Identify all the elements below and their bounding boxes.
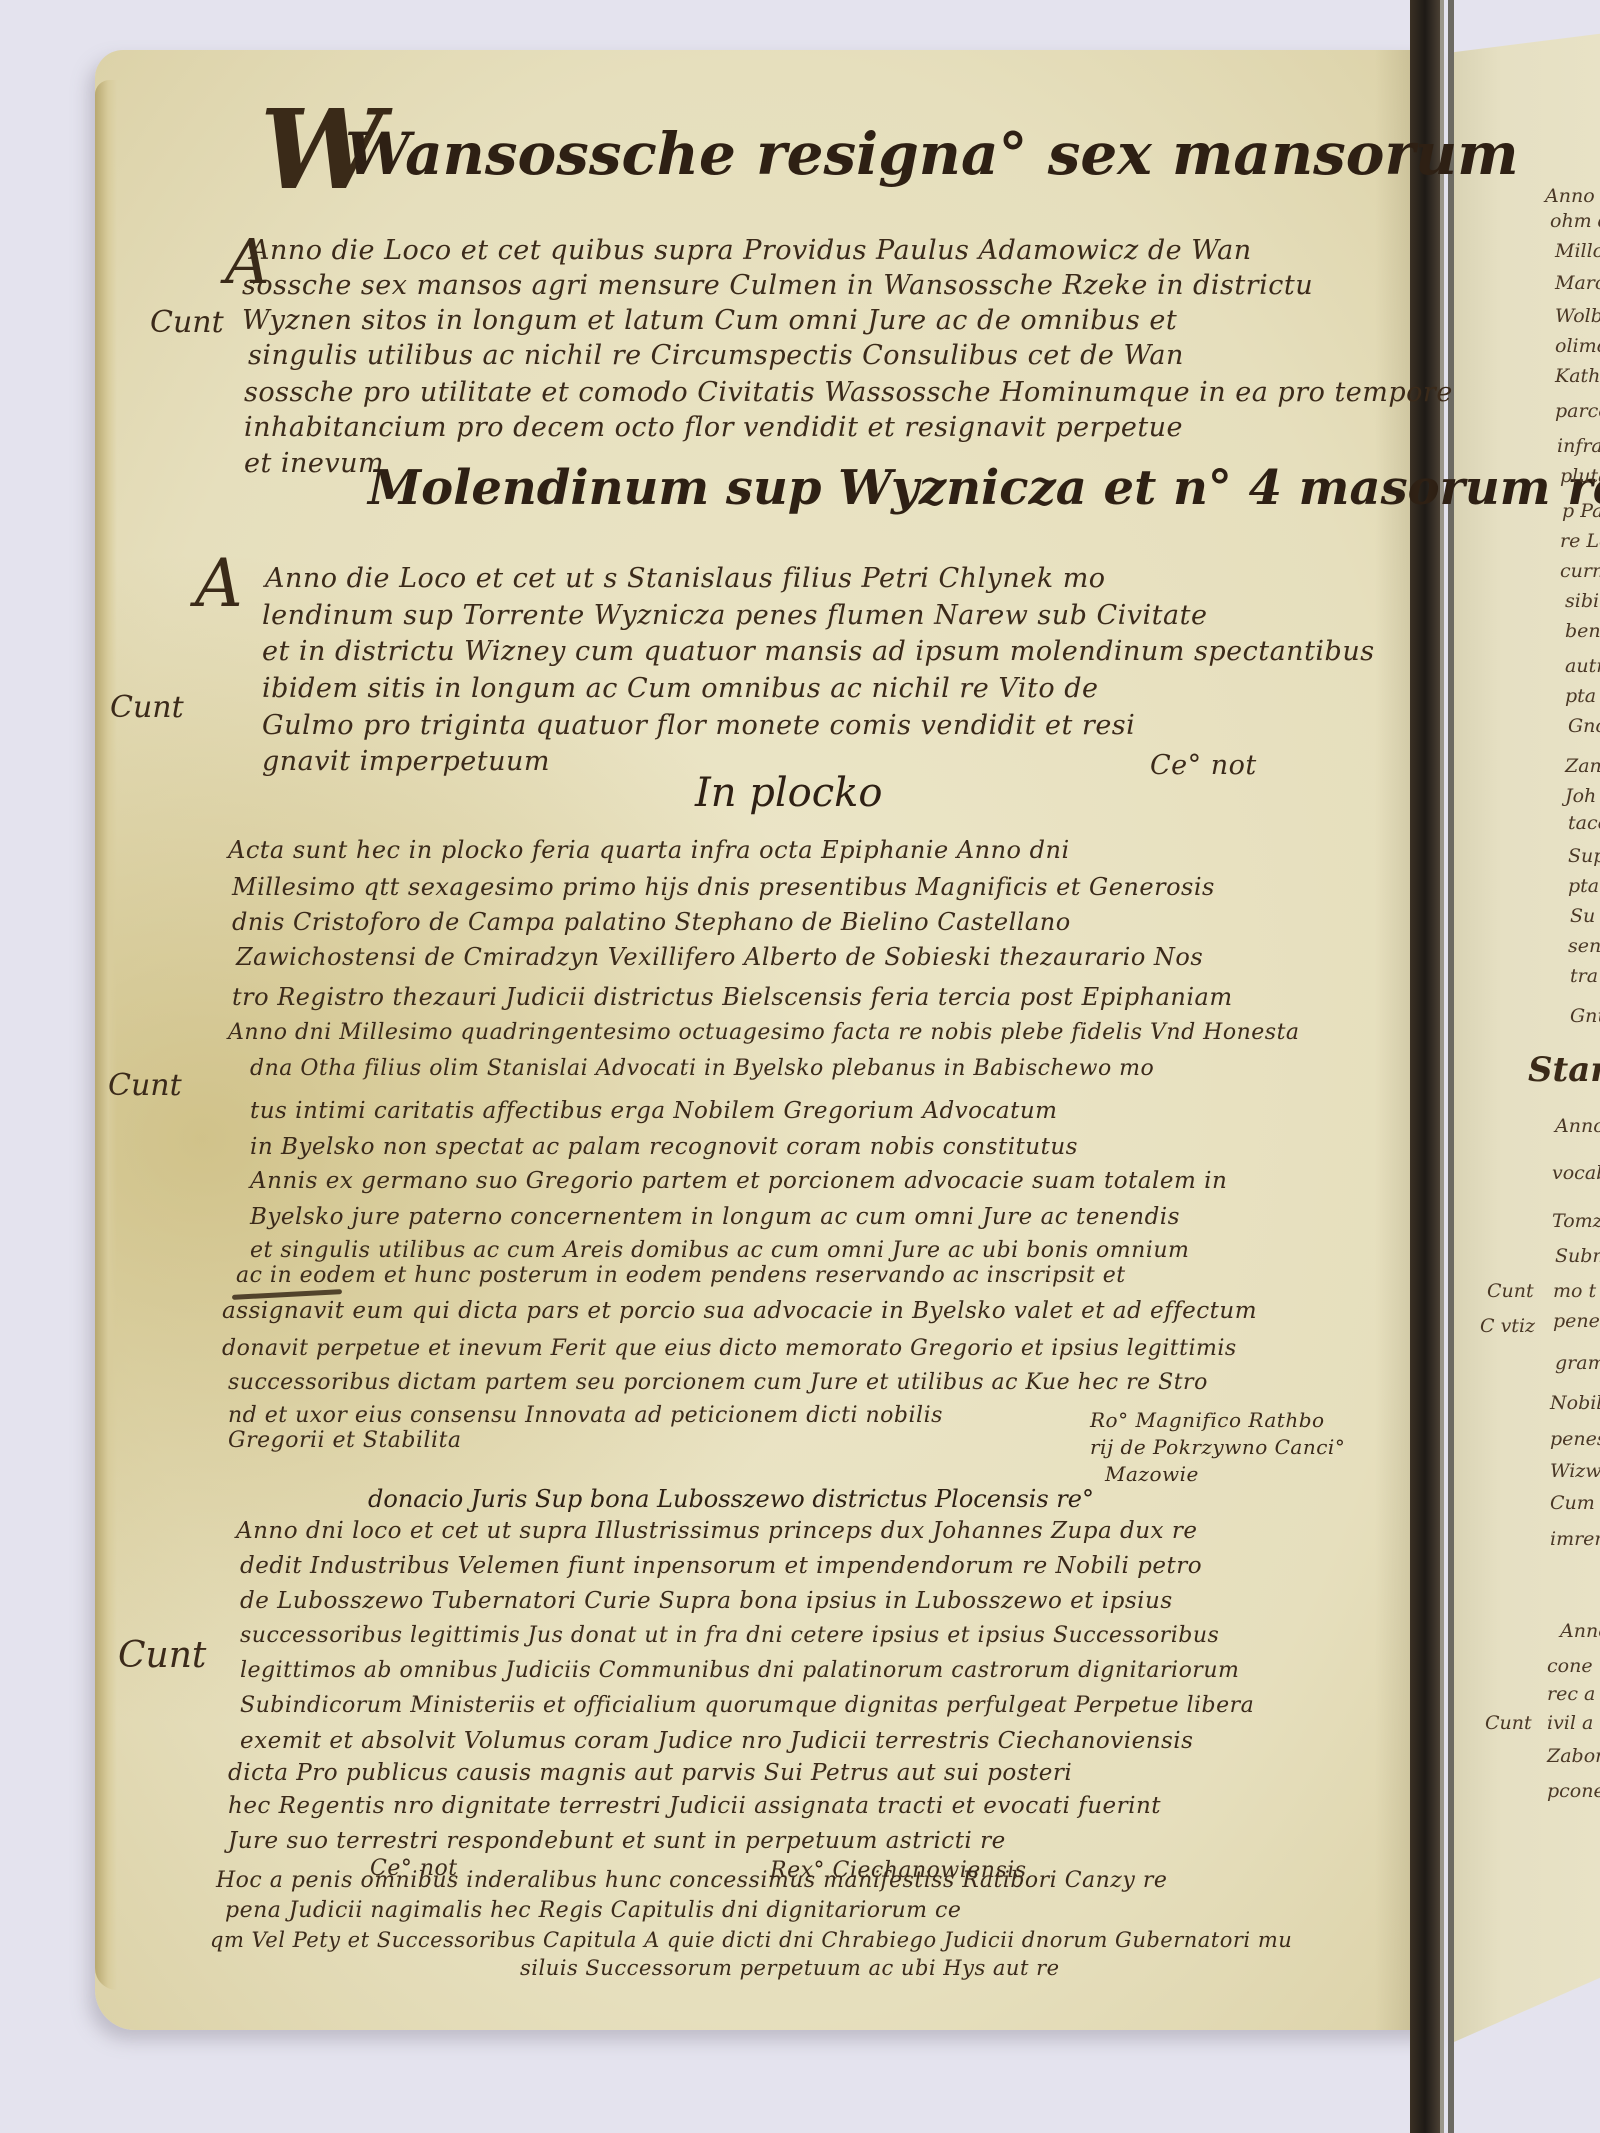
right-page-line: Anno [1545, 185, 1595, 207]
text-line: gnavit imperpetuum [262, 748, 550, 775]
text-line: dna Otha filius olim Stanislai Advocati … [250, 1058, 1154, 1080]
right-page-line: vocabi [1552, 1162, 1600, 1184]
right-page-line: Subme [1555, 1245, 1600, 1267]
text-line: Jure suo terrestri respondebunt et sunt … [228, 1830, 1006, 1853]
text-line: dnis Cristoforo de Campa palatino Stepha… [232, 910, 1071, 934]
right-page-line: grame [1555, 1352, 1600, 1374]
right-page-line: ptar [1568, 875, 1600, 897]
right-page-line: tacen [1568, 812, 1600, 834]
right-page-line: Kathe [1555, 365, 1600, 387]
text-line: Millesimo qtt sexagesimo primo hijs dnis… [232, 875, 1215, 899]
text-line: et inevum [244, 450, 384, 477]
text-line: successoribus dictam partem seu porcione… [228, 1372, 1208, 1394]
right-page-line: mo t [1553, 1280, 1596, 1302]
right-page-line: sen [1568, 935, 1600, 957]
right-page-line: rec a [1547, 1683, 1595, 1705]
text-line: Anno die Loco et cet quibus supra Provid… [250, 237, 1252, 264]
right-page-line: bene [1565, 620, 1600, 642]
text-line: Anno dni Millesimo quadringentesimo octu… [228, 1022, 1300, 1044]
right-page-line: parce [1555, 400, 1600, 422]
right-page-line: ohm dn [1550, 210, 1600, 232]
text-line: et singulis utilibus ac cum Areis domibu… [250, 1240, 1189, 1262]
witness-line: rij de Pokrzywno Canci° [1090, 1437, 1345, 1457]
text-line: Hoc a penis omnibus inderalibus hunc con… [216, 1870, 1167, 1892]
text-line: et in districtu Wizney cum quatuor mansi… [262, 638, 1375, 665]
right-page-line: pta [1565, 685, 1596, 707]
text-line: singulis utilibus ac nichil re Circumspe… [248, 342, 1184, 369]
right-page-margin-note: C vtiz [1480, 1315, 1535, 1337]
right-page-line: Supp [1568, 845, 1600, 867]
margin-note: Cunt [118, 1635, 206, 1676]
right-page-line: Su [1570, 905, 1595, 927]
right-page-line: infra [1557, 435, 1600, 457]
right-page-line: curne [1560, 560, 1600, 582]
right-page-line: Tomz [1552, 1210, 1600, 1232]
text-line: Zawichostensi de Cmiradzyn Vexillifero A… [236, 945, 1203, 969]
right-page-margin-note: Cunt [1485, 1712, 1532, 1734]
right-page-line: Zaborom [1547, 1745, 1600, 1767]
text-line: legittimos ab omnibus Judiciis Communibu… [240, 1660, 1239, 1682]
text-line: ac in eodem et hunc posterum in eodem pe… [236, 1265, 1126, 1287]
text-line: Gulmo pro triginta quatuor flor monete c… [262, 712, 1135, 739]
right-page-line: Zan [1565, 755, 1600, 777]
text-line: Wyznen sitos in longum et latum Cum omni… [242, 307, 1177, 334]
right-page-line: pluta [1560, 465, 1600, 487]
right-page-line: Nobil [1550, 1392, 1600, 1414]
text-line: Subindicorum Ministeriis et officialium … [240, 1695, 1254, 1717]
right-page-heading: Stan [1528, 1050, 1600, 1090]
right-page-margin-note: Cunt [1487, 1280, 1534, 1302]
text-line: Anno dni loco et cet ut supra Illustriss… [236, 1520, 1197, 1543]
right-page-line: sibi [1565, 590, 1599, 612]
text-line: Gregorii et Stabilita [228, 1430, 462, 1452]
text-line: tro Registro thezauri Judicii districtus… [232, 985, 1233, 1009]
text-line: Byelsko jure paterno concernentem in lon… [250, 1206, 1180, 1229]
text-line: Acta sunt hec in plocko feria quarta inf… [228, 838, 1070, 862]
text-line: ibidem sitis in longum ac Cum omnibus ac… [262, 675, 1098, 702]
right-page-line: tra [1570, 965, 1598, 987]
right-page-line: Anno [1555, 1115, 1600, 1137]
witness-line: Ro° Magnifico Rathbo [1090, 1410, 1325, 1430]
text-line: lendinum sup Torrente Wyznicza penes flu… [262, 602, 1207, 629]
entry-2-heading: Molendinum sup Wyznicza et n° 4 masorum … [368, 460, 1600, 516]
right-page-line: ivil a [1547, 1712, 1593, 1734]
text-line: tus intimi caritatis affectibus erga Nob… [250, 1100, 1057, 1123]
entry-3-heading: In plocko [695, 770, 882, 816]
text-line: successoribus legittimis Jus donat ut in… [240, 1625, 1219, 1647]
text-line: hec Regentis nro dignitate terrestri Jud… [228, 1795, 1161, 1818]
text-line: de Lubosszewo Tubernatori Curie Supra bo… [240, 1590, 1173, 1613]
right-page-line: Millo [1555, 240, 1600, 262]
entry-1-heading: Wansossche resigna° sex mansorum [345, 120, 1519, 188]
decorated-initial-a: A [195, 545, 243, 622]
text-line: siluis Successorum perpetuum ac ubi Hys … [520, 1958, 1060, 1979]
right-page-line: Anno [1560, 1620, 1600, 1642]
right-page-line: cone [1547, 1655, 1593, 1677]
right-page-line: olimo [1555, 335, 1600, 357]
footer-note: Ce° not [1150, 752, 1257, 779]
right-page-line: Marcho [1555, 272, 1600, 294]
text-line: pena Judicii nagimalis hec Regis Capitul… [225, 1900, 961, 1922]
text-line: qm Vel Pety et Successoribus Capitula A … [210, 1930, 1292, 1951]
witness-line: Mazowie [1105, 1464, 1199, 1484]
right-page-line: Wolbo [1555, 305, 1600, 327]
right-page-line: Cum [1550, 1492, 1595, 1514]
right-page-line: autr [1565, 655, 1600, 677]
right-page-line: pcone [1547, 1780, 1600, 1802]
text-line: nd et uxor eius consensu Innovata ad pet… [228, 1405, 943, 1427]
text-line: assignavit eum qui dicta pars et porcio … [222, 1300, 1257, 1323]
margin-note: Cunt [150, 305, 224, 340]
text-line: dedit Industribus Velemen fiunt inpensor… [240, 1555, 1202, 1578]
book-binding [1410, 0, 1440, 2133]
text-line: inhabitancium pro decem octo flor vendid… [244, 414, 1183, 441]
right-page-line: penes [1550, 1428, 1600, 1450]
right-manuscript-page [1454, 32, 1600, 2042]
text-line: donavit perpetue et inevum Ferit que eiu… [222, 1338, 1237, 1360]
text-line: sossche sex mansos agri mensure Culmen i… [242, 272, 1313, 299]
right-page-line: Gno [1568, 715, 1600, 737]
right-page-line: Gnu [1570, 1005, 1600, 1027]
right-page-line: p Pa [1562, 500, 1600, 522]
text-line: exemit et absolvit Volumus coram Judice … [240, 1730, 1193, 1753]
binding-edge [1440, 0, 1444, 2133]
entry-4-heading: donacio Juris Sup bona Lubosszewo distri… [368, 1485, 1094, 1513]
right-page-line: Wizw [1550, 1460, 1600, 1482]
text-line: dicta Pro publicus causis magnis aut par… [228, 1762, 1072, 1785]
text-line: Anno die Loco et cet ut s Stanislaus fil… [265, 565, 1106, 592]
binding-edge-shadow [1448, 0, 1454, 2133]
right-page-line: imrer [1550, 1528, 1600, 1550]
right-page-line: Joh [1565, 785, 1596, 807]
right-page-line: re Lo [1560, 530, 1600, 552]
right-page-line: penes [1553, 1310, 1600, 1332]
text-line: Annis ex germano suo Gregorio partem et … [250, 1170, 1227, 1193]
text-line: sossche pro utilitate et comodo Civitati… [244, 379, 1453, 406]
margin-note: Cunt [110, 690, 184, 725]
margin-note: Cunt [108, 1068, 182, 1103]
text-line: in Byelsko non spectat ac palam recognov… [250, 1136, 1078, 1159]
